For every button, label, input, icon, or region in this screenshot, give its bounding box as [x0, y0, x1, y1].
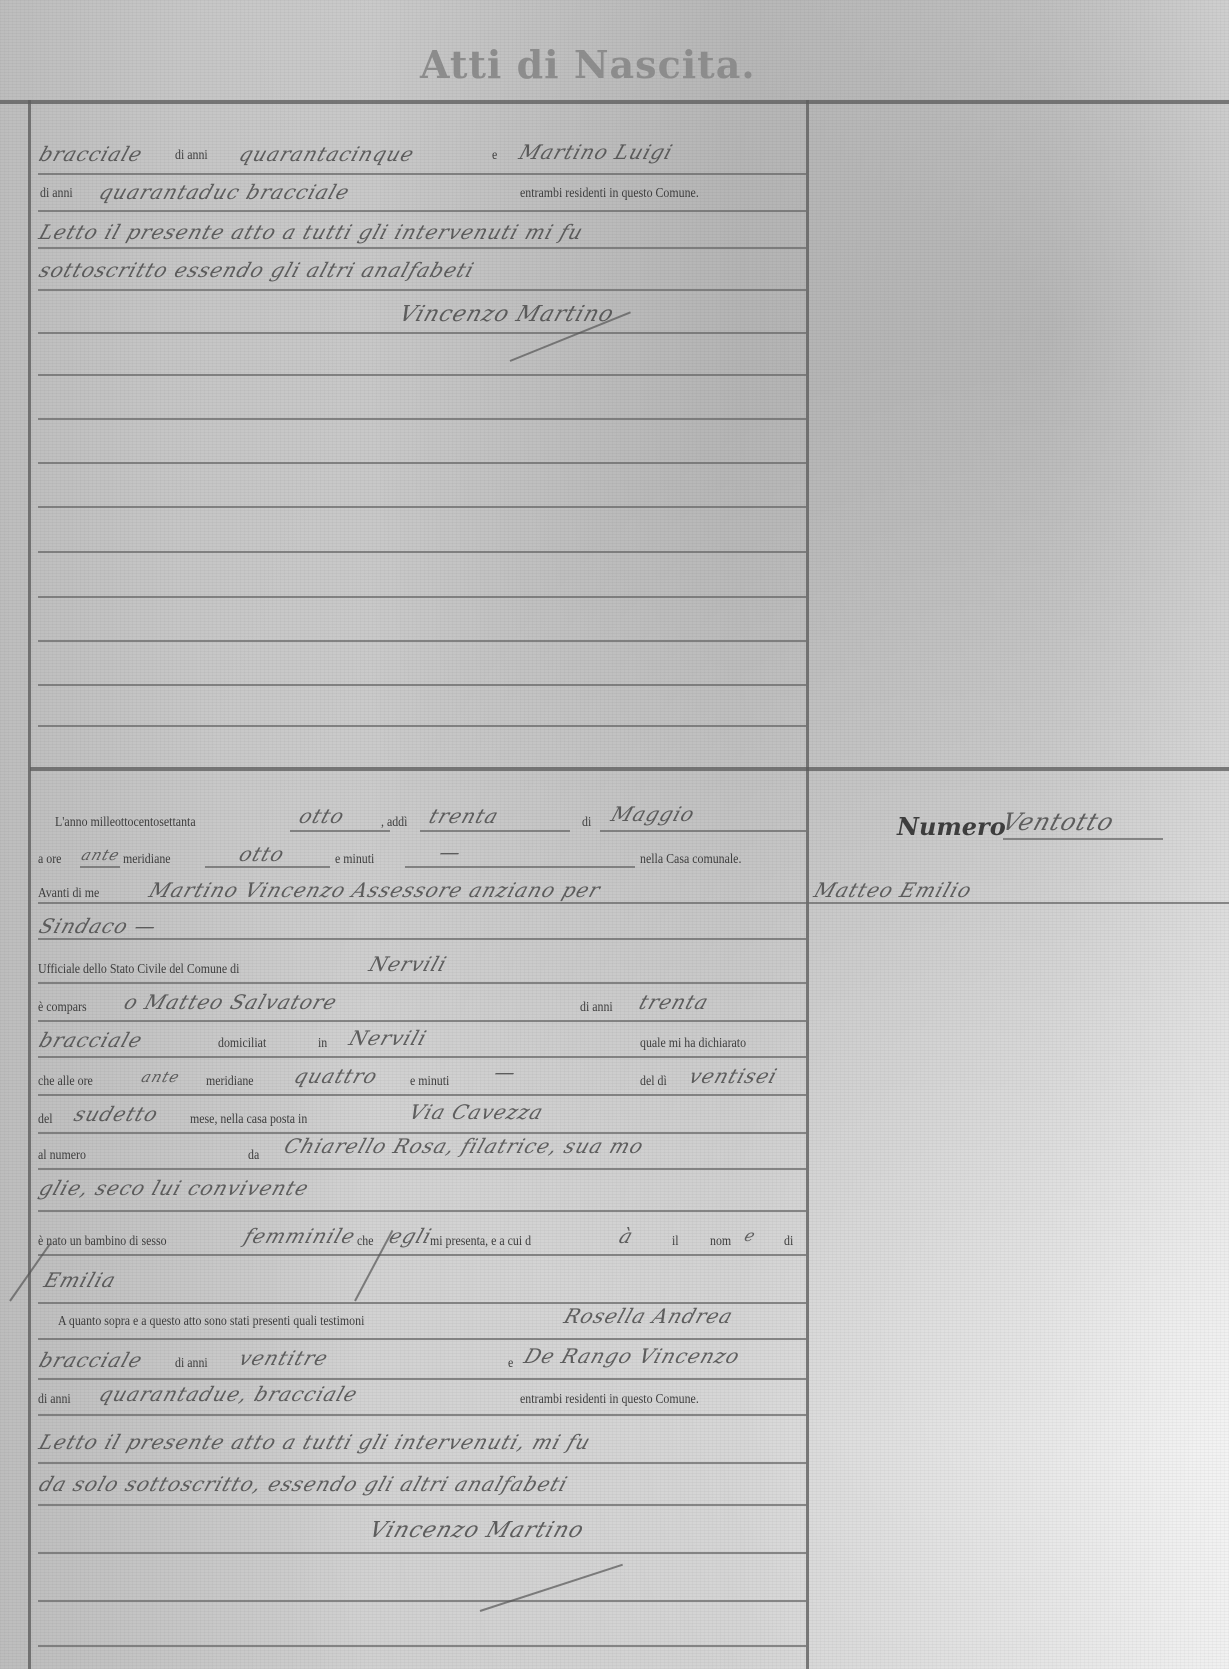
- rule: [38, 551, 806, 553]
- rule: [38, 1094, 806, 1096]
- via-value: Via Cavezza: [406, 1100, 547, 1124]
- che-alle-ante: ante: [139, 1068, 182, 1086]
- rule: [600, 830, 806, 832]
- mese-value: Maggio: [608, 802, 698, 826]
- rule: [38, 684, 806, 686]
- rule: [38, 1168, 806, 1170]
- label-al-numero: al numero: [38, 1148, 86, 1164]
- rule: [38, 1462, 806, 1464]
- lower-signature: Vincenzo Martino: [366, 1518, 588, 1543]
- rule: [38, 902, 1229, 904]
- rule: [420, 830, 570, 832]
- rule: [38, 1020, 806, 1022]
- label-meridiane: meridiane: [206, 1074, 254, 1090]
- label-che: che: [357, 1234, 374, 1250]
- label-domiciliat: domiciliat: [218, 1036, 266, 1052]
- rule: [405, 866, 635, 868]
- witness-age-profession: quarantaduc bracciale: [96, 180, 353, 204]
- witness-name: Martino Luigi: [516, 140, 676, 164]
- rule: [38, 1378, 806, 1380]
- anno-value: otto: [296, 804, 348, 828]
- rule: [38, 173, 806, 175]
- rule: [38, 1338, 806, 1340]
- giorno-value: ventisei: [686, 1064, 781, 1088]
- top-rule: [0, 100, 1229, 104]
- rule: [38, 938, 806, 940]
- avanti-value: Martino Vincenzo Assessore anziano per: [146, 878, 604, 902]
- label-residenti: entrambi residenti in questo Comune.: [520, 186, 699, 202]
- label-da: da: [248, 1148, 259, 1164]
- rule: [38, 640, 806, 642]
- ore-value: otto: [236, 842, 288, 866]
- label-nato: è nato un bambino di sesso: [38, 1234, 167, 1250]
- label-comparso: è compars: [38, 1000, 87, 1016]
- label-del: del: [38, 1112, 53, 1128]
- testimone1-age: ventitre: [236, 1346, 332, 1370]
- rule: [38, 1056, 806, 1058]
- label-di: di: [784, 1234, 793, 1250]
- rule: [38, 1600, 806, 1602]
- madre-value: Chiarello Rosa, filatrice, sua mo: [281, 1134, 647, 1158]
- rule: [38, 418, 806, 420]
- rule: [38, 247, 806, 249]
- label-il: il: [672, 1234, 679, 1250]
- record-separator: [30, 767, 1229, 771]
- nome-value: Emilia: [41, 1268, 119, 1292]
- document-title: Atti di Nascita.: [420, 42, 756, 87]
- che-value: egli: [386, 1224, 435, 1248]
- label-nom: nom: [710, 1234, 731, 1250]
- comparso-value: o Matteo Salvatore: [121, 990, 341, 1014]
- label-minuti: e minuti: [410, 1074, 449, 1090]
- witness-age: quarantacinque: [236, 142, 418, 166]
- closing-line-2: sottoscritto essendo gli altri analfabet…: [36, 258, 478, 282]
- label-di-anni: di anni: [175, 1356, 208, 1372]
- label-e: e: [492, 148, 497, 164]
- comune-value: Nervili: [366, 952, 450, 976]
- rule: [290, 830, 390, 832]
- label-anno: L'anno milleottocentosettanta: [55, 815, 196, 831]
- minuti-value: —: [436, 840, 465, 864]
- rule: [38, 725, 806, 727]
- label-addi: , addì: [381, 815, 407, 831]
- label-testimoni: A quanto sopra e a questo atto sono stat…: [58, 1314, 364, 1330]
- ore2-value: quattro: [291, 1064, 381, 1088]
- del-value: sudetto: [71, 1102, 162, 1126]
- rule: [38, 210, 806, 212]
- label-ufficiale: Ufficiale dello Stato Civile del Comune …: [38, 962, 239, 978]
- testimone2-value: De Rango Vincenzo: [521, 1344, 743, 1368]
- upper-signature: Vincenzo Martino: [396, 302, 618, 327]
- document-page: Atti di Nascita. bracciale di anni quara…: [0, 0, 1229, 1669]
- numero-rule: [1003, 838, 1163, 840]
- nome-suffix: e: [742, 1226, 759, 1245]
- closing-line-1: Letto il presente atto a tutti gli inter…: [36, 220, 587, 244]
- rule: [38, 332, 806, 334]
- label-che-alle-ore: che alle ore: [38, 1074, 93, 1090]
- rule: [38, 982, 806, 984]
- witness-profession: bracciale: [36, 142, 146, 166]
- sesso-value: femminile: [241, 1224, 359, 1248]
- label-mese-casa: mese, nella casa posta in: [190, 1112, 307, 1128]
- column-divider: [806, 100, 809, 1669]
- testimone1-value: Rosella Andrea: [561, 1304, 737, 1328]
- label-residenti: entrambi residenti in questo Comune.: [520, 1392, 699, 1408]
- sindaco-value: Sindaco —: [36, 914, 160, 938]
- label-casa-comunale: nella Casa comunale.: [640, 852, 741, 868]
- madre-continued: glie, seco lui convivente: [36, 1176, 312, 1200]
- left-margin-rule: [28, 100, 31, 1669]
- label-in: in: [318, 1036, 327, 1052]
- rule: [38, 1254, 806, 1256]
- label-di: di: [582, 815, 591, 831]
- label-presenta: mi presenta, e a cui d: [430, 1234, 531, 1250]
- ore-ante: ante: [79, 846, 122, 864]
- minuti2-value: —: [491, 1060, 520, 1084]
- rule: [38, 1504, 806, 1506]
- rule: [38, 289, 806, 291]
- label-quale: quale mi ha dichiarato: [640, 1036, 746, 1052]
- label-di-anni: di anni: [175, 148, 208, 164]
- avanti-continued: Matteo Emilio: [811, 878, 975, 902]
- addi-value: trenta: [426, 804, 502, 828]
- signature-flourish: [480, 1564, 623, 1612]
- numero-label: Numero: [897, 812, 1006, 841]
- rule: [38, 596, 806, 598]
- label-di-anni: di anni: [38, 1392, 71, 1408]
- rule: [38, 374, 806, 376]
- testimone1-profession: bracciale: [36, 1348, 146, 1372]
- presenta-d-value: à: [616, 1224, 637, 1248]
- label-minuti: e minuti: [335, 852, 374, 868]
- rule: [38, 1645, 806, 1647]
- rule: [38, 462, 806, 464]
- numero-value: Ventotto: [998, 808, 1118, 836]
- closing-line-1: Letto il presente atto a tutti gli inter…: [36, 1430, 594, 1454]
- rule: [38, 1414, 806, 1416]
- label-di-anni: di anni: [40, 186, 73, 202]
- label-del-di: del dì: [640, 1074, 667, 1090]
- closing-line-2: da solo sottoscritto, essendo gli altri …: [36, 1472, 571, 1496]
- label-a-ore: a ore: [38, 852, 61, 868]
- label-meridiane: meridiane: [123, 852, 171, 868]
- rule: [38, 1552, 806, 1554]
- label-avanti: Avanti di me: [38, 886, 99, 902]
- rule: [38, 506, 806, 508]
- label-e: e: [508, 1356, 513, 1372]
- rule: [38, 1210, 806, 1212]
- anni-value: trenta: [636, 990, 712, 1014]
- label-di-anni: di anni: [580, 1000, 613, 1016]
- testimone2-age: quarantadue, bracciale: [96, 1382, 361, 1406]
- rule: [205, 866, 330, 868]
- rule: [80, 866, 120, 868]
- domicilio-value: Nervili: [346, 1026, 430, 1050]
- professione-value: bracciale: [36, 1028, 146, 1052]
